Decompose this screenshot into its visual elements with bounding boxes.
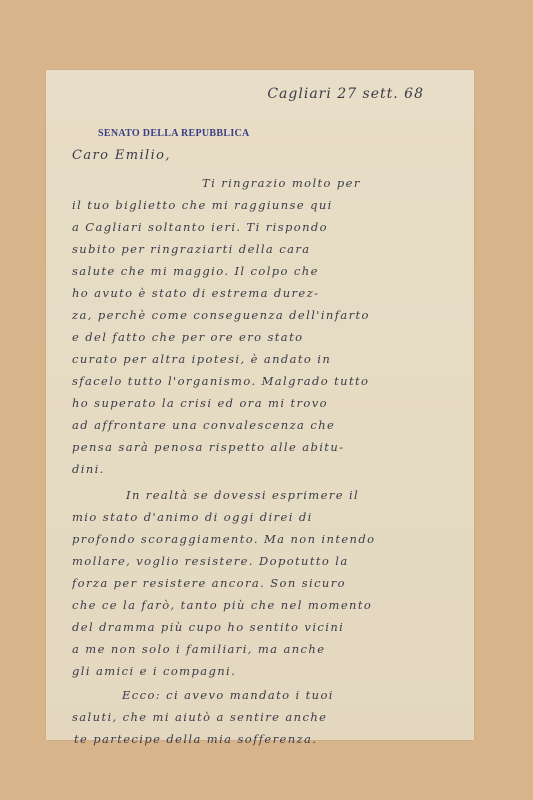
salutation: Caro Emilio, xyxy=(72,148,454,163)
handwritten-line: subito per ringraziarti della cara xyxy=(72,242,454,256)
handwritten-line: za, perchè come conseguenza dell'infarto xyxy=(72,308,454,322)
handwritten-line: profondo scoraggiamento. Ma non intendo xyxy=(72,532,454,546)
handwritten-line: mollare, voglio resistere. Dopotutto la xyxy=(72,554,454,568)
handwritten-line: a Cagliari soltanto ieri. Ti rispondo xyxy=(72,220,454,234)
handwritten-line: Ti ringrazio molto per xyxy=(202,176,454,190)
handwritten-line: e del fatto che per ore ero stato xyxy=(72,330,454,344)
handwritten-line: mio stato d'animo di oggi direi di xyxy=(72,510,454,524)
handwritten-line: del dramma più cupo ho sentito vicini xyxy=(72,620,454,634)
handwritten-line: gli amici e i compagni. xyxy=(72,664,454,678)
handwritten-line: forza per resistere ancora. Son sicuro xyxy=(72,576,454,590)
handwritten-line: Ecco: ci avevo mandato i tuoi xyxy=(122,688,454,702)
handwritten-line: a me non solo i familiari, ma anche xyxy=(72,642,454,656)
handwritten-line: ad affrontare una convalescenza che xyxy=(72,418,454,432)
letterhead: SENATO DELLA REPUBBLICA xyxy=(98,128,250,139)
handwritten-line: ho superato la crisi ed ora mi trovo xyxy=(72,396,454,410)
handwritten-line: ho avuto è stato di estrema durez- xyxy=(72,286,454,300)
handwritten-line: dini. xyxy=(72,462,454,476)
handwritten-line: pensa sarà penosa rispetto alle abitu- xyxy=(72,440,454,454)
handwritten-line: In realtà se dovessi esprimere il xyxy=(126,488,454,502)
dateline: Cagliari 27 sett. 68 xyxy=(267,86,424,102)
handwritten-line: sfacelo tutto l'organismo. Malgrado tutt… xyxy=(72,374,454,388)
handwritten-line: il tuo biglietto che mi raggiunse qui xyxy=(72,198,454,212)
letter-page: Cagliari 27 sett. 68 SENATO DELLA REPUBB… xyxy=(46,70,474,740)
handwritten-line: curato per altra ipotesi, è andato in xyxy=(72,352,454,366)
handwritten-line: salute che mi maggio. Il colpo che xyxy=(72,264,454,278)
handwritten-line: che ce la farò, tanto più che nel moment… xyxy=(72,598,454,612)
handwritten-line: te partecipe della mia sofferenza. xyxy=(74,732,454,746)
handwritten-line: saluti, che mi aiutò a sentire anche xyxy=(72,710,454,724)
